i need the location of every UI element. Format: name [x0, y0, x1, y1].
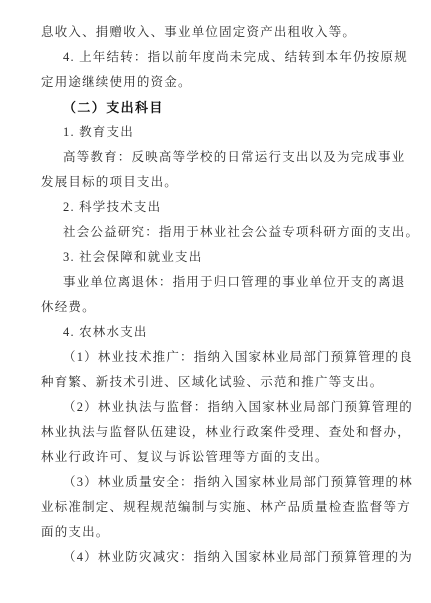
section-heading: （二）支出科目 — [41, 95, 413, 120]
list-item-title: 3. 社会保障和就业支出 — [41, 245, 413, 270]
text-line: 息收入、捐赠收入、事业单位固定资产出租收入等。 — [41, 20, 413, 45]
text-line: 定用途继续使用的资金。 — [41, 70, 413, 95]
text-line: 林业执法与监督队伍建设，林业行政案件受理、查处和督办， — [41, 420, 413, 445]
text-line: （4）林业防灾减灾：指纳入国家林业局部门预算管理的为 — [41, 545, 413, 570]
text-line: 种育繁、新技术引进、区域化试验、示范和推广等支出。 — [41, 370, 413, 395]
text-line: 休经费。 — [41, 295, 413, 320]
text-line: （3）林业质量安全：指纳入国家林业局部门预算管理的林 — [41, 470, 413, 495]
list-item-title: 2. 科学技术支出 — [41, 195, 413, 220]
text-line: 业标准制定、规程规范编制与实施、林产品质量检查监督等方 — [41, 495, 413, 520]
text-line: （2）林业执法与监督：指纳入国家林业局部门预算管理的 — [41, 395, 413, 420]
text-line: 4. 上年结转：指以前年度尚未完成、结转到本年仍按原规 — [41, 45, 413, 70]
text-line: 社会公益研究：指用于林业社会公益专项科研方面的支出。 — [41, 220, 413, 245]
text-line: 事业单位离退休：指用于归口管理的事业单位开支的离退 — [41, 270, 413, 295]
text-line: 林业行政许可、复议与诉讼管理等方面的支出。 — [41, 445, 413, 470]
text-line: 面的支出。 — [41, 520, 413, 545]
text-line: （1）林业技术推广：指纳入国家林业局部门预算管理的良 — [41, 345, 413, 370]
list-item-title: 1. 教育支出 — [41, 120, 413, 145]
list-item-title: 4. 农林水支出 — [41, 320, 413, 345]
text-line: 高等教育：反映高等学校的日常运行支出以及为完成事业 — [41, 145, 413, 170]
text-line: 发展目标的项目支出。 — [41, 170, 413, 195]
document-page: 息收入、捐赠收入、事业单位固定资产出租收入等。 4. 上年结转：指以前年度尚未完… — [0, 0, 431, 603]
